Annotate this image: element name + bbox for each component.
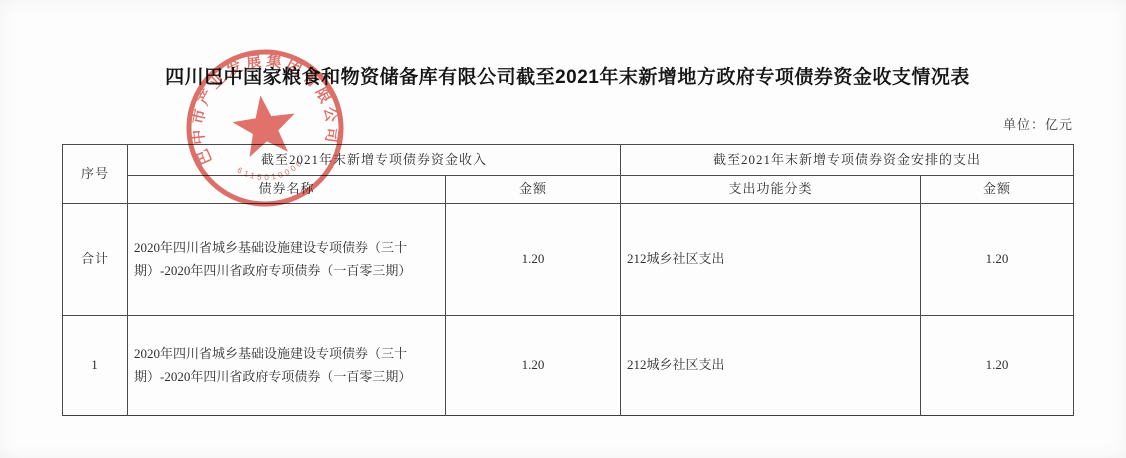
header-sub-row: 债券名称 金额 支出功能分类 金额 [63,176,1074,204]
header-expense-amount: 金额 [921,176,1074,204]
unit-label: 单位：亿元 [1003,114,1073,133]
table-row-item: 1 2020年四川省城乡基础设施建设专项债券（三十期）-2020年四川省政府专项… [63,316,1074,416]
row-serial: 1 [63,316,128,416]
header-serial: 序号 [63,145,128,204]
table-row-total: 合计 2020年四川省城乡基础设施建设专项债券（三十期）-2020年四川省政府专… [63,204,1074,316]
header-bond-name: 债券名称 [128,176,446,204]
row-bond-name: 2020年四川省城乡基础设施建设专项债券（三十期）-2020年四川省政府专项债券… [128,204,446,316]
header-expense-group: 截至2021年末新增专项债券资金安排的支出 [621,145,1074,176]
row-expense-amount: 1.20 [921,204,1074,316]
header-group-row: 序号 截至2021年末新增专项债券资金收入 截至2021年末新增专项债券资金安排… [63,145,1074,176]
bond-funds-table: 序号 截至2021年末新增专项债券资金收入 截至2021年末新增专项债券资金安排… [62,144,1074,416]
scanned-document-page: 四川巴中国家粮食和物资储备库有限公司截至2021年末新增地方政府专项债券资金收支… [0,0,1126,458]
document-title: 四川巴中国家粮食和物资储备库有限公司截至2021年末新增地方政府专项债券资金收支… [62,62,1073,89]
row-expense-category: 212城乡社区支出 [621,204,921,316]
row-income-amount: 1.20 [446,316,621,416]
row-expense-amount: 1.20 [921,316,1074,416]
header-income-amount: 金额 [446,176,621,204]
row-income-amount: 1.20 [446,204,621,316]
header-expense-category: 支出功能分类 [621,176,921,204]
header-income-group: 截至2021年末新增专项债券资金收入 [128,145,621,176]
row-bond-name: 2020年四川省城乡基础设施建设专项债券（三十期）-2020年四川省政府专项债券… [128,316,446,416]
row-serial: 合计 [63,204,128,316]
row-expense-category: 212城乡社区支出 [621,316,921,416]
